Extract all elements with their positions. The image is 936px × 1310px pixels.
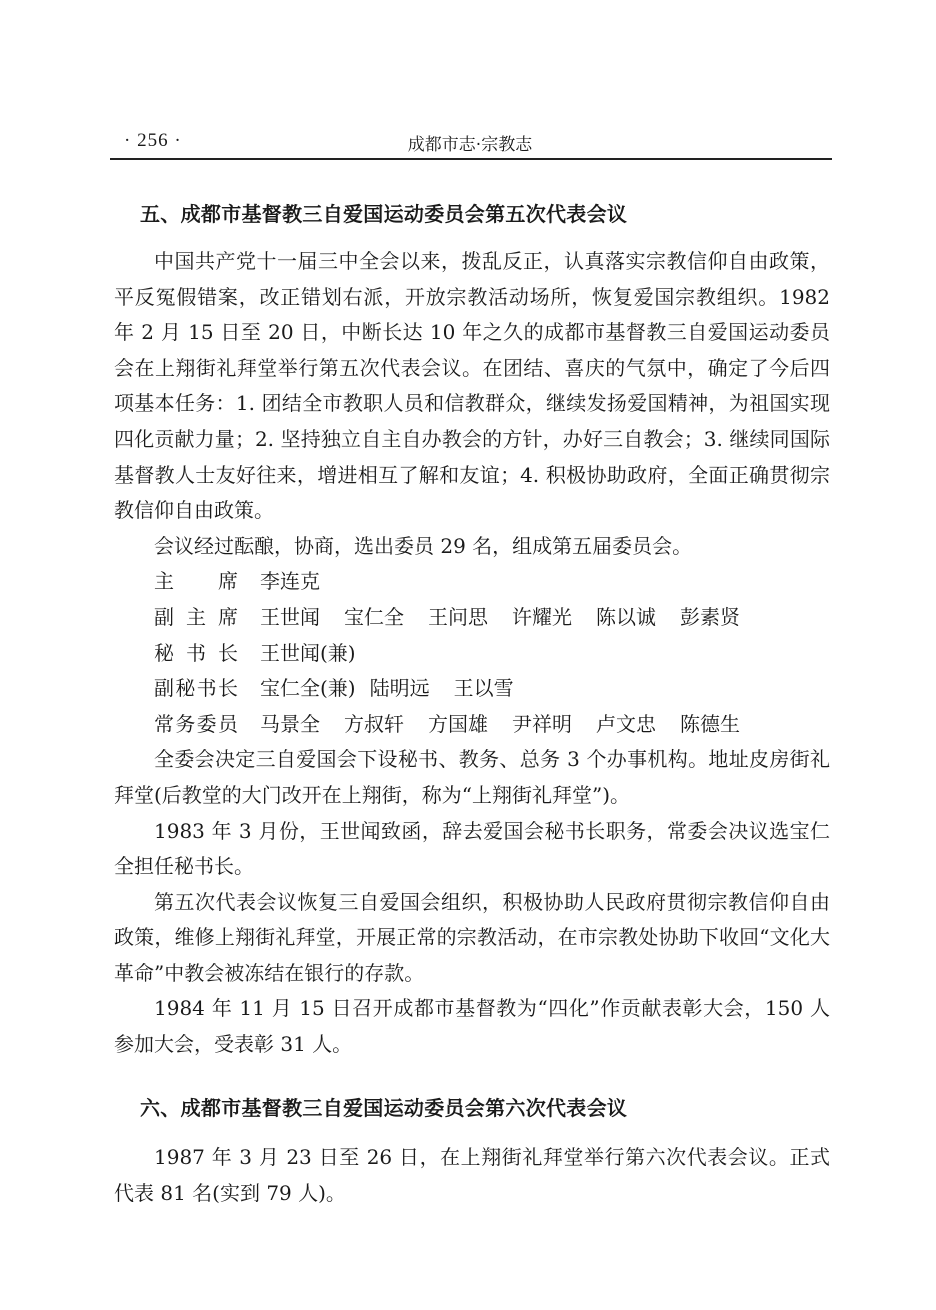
book-page: · 256 · 成都市志·宗教志 五、成都市基督教三自爱国运动委员会第五次代表会… — [0, 0, 936, 1310]
roster-name: 卢文忠 — [596, 707, 656, 743]
paragraph: 1987 年 3 月 23 日至 26 日，在上翔街礼拜堂举行第六次代表会议。正… — [114, 1140, 830, 1211]
paragraph: 全委会决定三自爱国会下设秘书、教务、总务 3 个办事机构。地址皮房街礼拜堂(后教… — [114, 742, 830, 813]
committee-roster: 主席 李连克 副主席 王世闻 宝仁全 王问思 许耀光 陈以诚 彭素贤 秘书长 — [114, 564, 830, 742]
roster-name: 王世闻(兼) — [260, 636, 356, 672]
roster-row-standing-committee: 常务委员 马景全 方叔轩 方国雄 尹祥明 卢文忠 陈德生 — [154, 707, 830, 743]
roster-name: 陈德生 — [680, 707, 740, 743]
paragraph: 会议经过酝酿，协商，选出委员 29 名，组成第五届委员会。 — [114, 529, 830, 565]
roster-name: 王问思 — [428, 600, 488, 636]
running-title: 成都市志·宗教志 — [110, 130, 830, 155]
roster-title: 主席 — [154, 564, 238, 600]
header-rule — [110, 158, 832, 160]
roster-row-vice-chairman: 副主席 王世闻 宝仁全 王问思 许耀光 陈以诚 彭素贤 — [154, 600, 830, 636]
roster-row-deputy-secretary-general: 副秘书长 宝仁全(兼) 陆明远 王以雪 — [154, 671, 830, 707]
roster-title: 秘书长 — [154, 636, 238, 672]
roster-name: 李连克 — [260, 564, 320, 600]
roster-name: 王以雪 — [454, 671, 514, 707]
roster-name: 马景全 — [260, 707, 320, 743]
running-head: · 256 · 成都市志·宗教志 — [110, 128, 830, 156]
roster-name: 宝仁全 — [344, 600, 404, 636]
roster-name: 方国雄 — [428, 707, 488, 743]
roster-name: 陆明远 — [370, 671, 430, 707]
roster-title: 常务委员 — [154, 707, 238, 743]
section-5-body: 中国共产党十一届三中全会以来，拨乱反正，认真落实宗教信仰自由政策，平反冤假错案，… — [114, 244, 830, 1063]
paragraph: 第五次代表会议恢复三自爱国会组织，积极协助人民政府贯彻宗教信仰自由政策，维修上翔… — [114, 885, 830, 992]
roster-title: 副主席 — [154, 600, 238, 636]
section-heading-6: 六、成都市基督教三自爱国运动委员会第六次代表会议 — [140, 1092, 627, 1121]
paragraph: 中国共产党十一届三中全会以来，拨乱反正，认真落实宗教信仰自由政策，平反冤假错案，… — [114, 244, 830, 529]
roster-title: 副秘书长 — [154, 671, 238, 707]
roster-name: 方叔轩 — [344, 707, 404, 743]
roster-name: 尹祥明 — [512, 707, 572, 743]
roster-name: 彭素贤 — [680, 600, 740, 636]
roster-name: 陈以诚 — [596, 600, 656, 636]
roster-row-secretary-general: 秘书长 王世闻(兼) — [154, 636, 830, 672]
paragraph: 1984 年 11 月 15 日召开成都市基督教为“四化”作贡献表彰大会，150… — [114, 991, 830, 1062]
paragraph: 1983 年 3 月份，王世闻致函，辞去爱国会秘书长职务，常委会决议选宝仁全担任… — [114, 814, 830, 885]
roster-name: 王世闻 — [260, 600, 320, 636]
section-heading-5: 五、成都市基督教三自爱国运动委员会第五次代表会议 — [140, 198, 627, 227]
roster-row-chairman: 主席 李连克 — [154, 564, 830, 600]
roster-name: 许耀光 — [512, 600, 572, 636]
roster-name: 宝仁全(兼) — [260, 671, 356, 707]
section-6-body: 1987 年 3 月 23 日至 26 日，在上翔街礼拜堂举行第六次代表会议。正… — [114, 1140, 830, 1211]
